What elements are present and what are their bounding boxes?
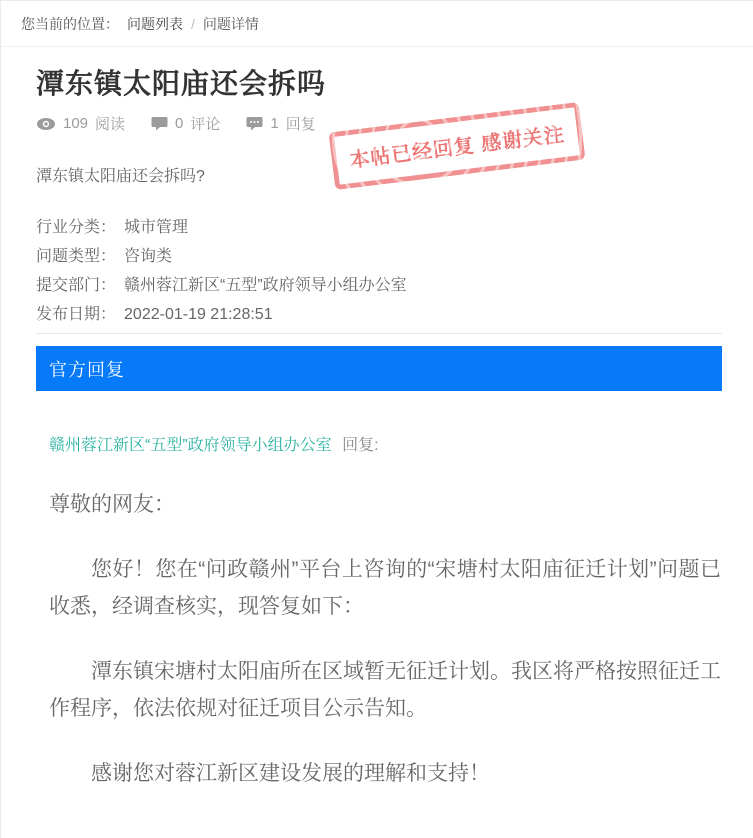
meta-row-industry: 行业分类：城市管理 — [36, 213, 722, 242]
eye-icon — [36, 117, 56, 131]
meta-row-publish-date: 发布日期：2022-01-19 21:28:51 — [36, 300, 722, 329]
views-label: 阅读 — [95, 113, 125, 134]
reply-bubble-icon — [246, 116, 263, 131]
comments-label: 评论 — [190, 113, 220, 134]
comment-icon — [151, 116, 168, 131]
meta-row-department: 提交部门：赣州蓉江新区“五型”政府领导小组办公室 — [36, 271, 722, 300]
replies-stat: 1 回复 — [246, 113, 315, 134]
breadcrumb-separator: / — [191, 16, 195, 32]
meta-label: 提交部门： — [36, 277, 116, 294]
breadcrumb-question-list-link[interactable]: 问题列表 — [127, 14, 183, 34]
department-link[interactable]: 赣州蓉江新区“五型”政府领导小组办公室 — [49, 437, 332, 454]
reply-paragraph: 您好！您在“问政赣州”平台上咨询的“宋塘村太阳庙征迁计划”问题已收悉，经调查核实… — [49, 551, 721, 625]
views-count: 109 — [63, 115, 88, 132]
breadcrumb-current-page: 问题详情 — [203, 14, 259, 34]
meta-label: 行业分类： — [36, 219, 116, 236]
banner-title: 官方回复 — [49, 356, 125, 382]
meta-value: 2022-01-19 21:28:51 — [124, 306, 273, 323]
meta-row-question-type: 问题类型：咨询类 — [36, 242, 722, 271]
reply-header: 赣州蓉江新区“五型”政府领导小组办公室 回复: — [49, 436, 721, 456]
replies-label: 回复 — [286, 113, 316, 134]
meta-label: 问题类型： — [36, 248, 116, 265]
meta-label: 发布日期： — [36, 306, 116, 323]
question-detail-page: 您当前的位置： 问题列表 / 问题详情 潭东镇太阳庙还会拆吗 109 阅读 — [0, 0, 753, 838]
views-stat: 109 阅读 — [36, 113, 125, 134]
official-reply: 赣州蓉江新区“五型”政府领导小组办公室 回复: 尊敬的网友： 您好！您在“问政赣… — [36, 436, 722, 792]
meta-value: 咨询类 — [124, 248, 172, 265]
breadcrumb-label: 您当前的位置： — [21, 14, 119, 34]
comments-stat: 0 评论 — [151, 113, 220, 134]
meta-value: 城市管理 — [124, 219, 188, 236]
reply-label: 回复: — [342, 437, 378, 454]
post-meta: 行业分类：城市管理 问题类型：咨询类 提交部门：赣州蓉江新区“五型”政府领导小组… — [36, 213, 722, 329]
replies-count: 1 — [270, 115, 278, 132]
comments-count: 0 — [175, 115, 183, 132]
breadcrumb: 您当前的位置： 问题列表 / 问题详情 — [1, 1, 753, 47]
official-reply-banner: 官方回复 — [36, 346, 722, 391]
reply-paragraph: 潭东镇宋塘村太阳庙所在区域暂无征迁计划。我区将严格按照征迁工作程序，依法依规对征… — [49, 653, 721, 727]
post-title: 潭东镇太阳庙还会拆吗 — [36, 67, 722, 101]
section-divider — [36, 333, 722, 334]
reply-paragraph: 尊敬的网友： — [49, 486, 721, 523]
reply-body: 尊敬的网友： 您好！您在“问政赣州”平台上咨询的“宋塘村太阳庙征迁计划”问题已收… — [49, 486, 721, 792]
reply-paragraph: 感谢您对蓉江新区建设发展的理解和支持！ — [49, 755, 721, 792]
meta-value: 赣州蓉江新区“五型”政府领导小组办公室 — [124, 277, 407, 294]
